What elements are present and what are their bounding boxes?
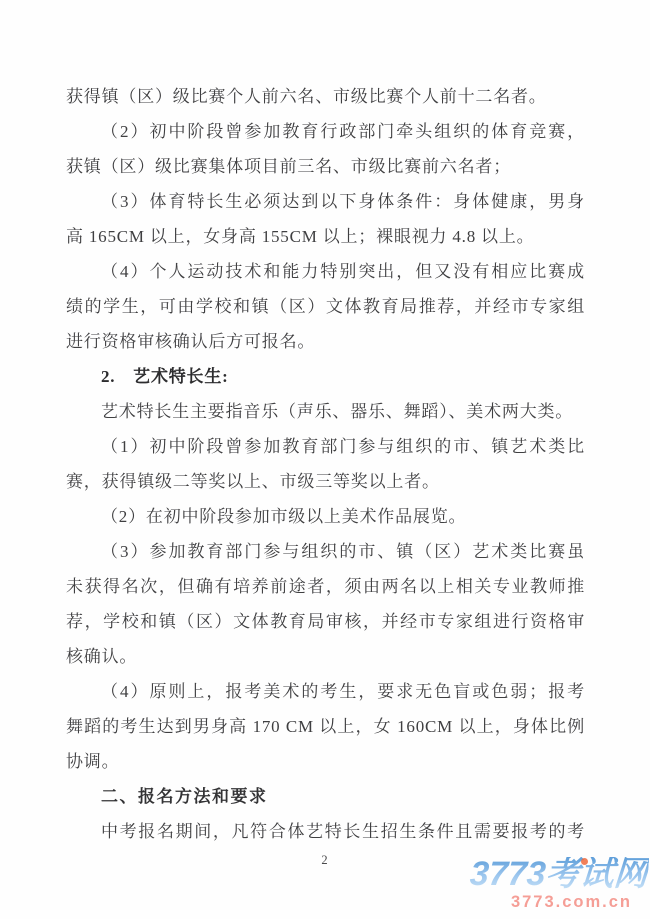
text-line: （2）在初中阶段参加市级以上美术作品展览。 bbox=[66, 499, 585, 534]
paragraph: （4）原则上，报考美术的考生，要求无色盲或色弱；报考舞蹈的考生达到男身高 170… bbox=[66, 674, 585, 779]
text-line: 获得镇（区）级比赛个人前六名、市级比赛个人前十二名者。 bbox=[66, 79, 585, 114]
paragraph: （1）初中阶段曾参加教育部门参与组织的市、镇艺术类比赛，获得镇级二等奖以上、市级… bbox=[66, 429, 585, 499]
text-line: 绩的学生，可由学校和镇（区）文体教育局推荐，并经市专家组 bbox=[66, 289, 585, 324]
paragraph: （4）个人运动技术和能力特别突出，但又没有相应比赛成绩的学生，可由学校和镇（区）… bbox=[66, 254, 585, 359]
text-line: 2. 艺术特长生: bbox=[66, 359, 585, 394]
text-line: 协调。 bbox=[66, 744, 585, 779]
text-layer: 获得镇（区）级比赛个人前六名、市级比赛个人前十二名者。（2）初中阶段曾参加教育行… bbox=[66, 79, 585, 849]
paragraph: （2）初中阶段曾参加教育行政部门牵头组织的体育竞赛，获镇（区）级比赛集体项目前三… bbox=[66, 114, 585, 184]
text-line: （2）初中阶段曾参加教育行政部门牵头组织的体育竞赛， bbox=[66, 114, 585, 149]
text-line: 进行资格审核确认后方可报名。 bbox=[66, 324, 585, 359]
text-line: 二、报名方法和要求 bbox=[66, 779, 585, 814]
section-heading: 二、报名方法和要求 bbox=[66, 779, 585, 814]
text-line: 获镇（区）级比赛集体项目前三名、市级比赛前六名者； bbox=[66, 149, 585, 184]
text-line: （4）原则上，报考美术的考生，要求无色盲或色弱；报考 bbox=[66, 674, 585, 709]
paragraph: 艺术特长生主要指音乐（声乐、器乐、舞蹈）、美术两大类。 bbox=[66, 394, 585, 429]
page-number: 2 bbox=[0, 853, 650, 868]
document-page: 获得镇（区）级比赛个人前六名、市级比赛个人前十二名者。（2）初中阶段曾参加教育行… bbox=[0, 0, 650, 919]
text-line: 中考报名期间，凡符合体艺特长生招生条件且需要报考的考 bbox=[66, 814, 585, 849]
text-line: 高 165CM 以上，女身高 155CM 以上；裸眼视力 4.8 以上。 bbox=[66, 219, 585, 254]
text-line: 未获得名次，但确有培养前途者，须由两名以上相关专业教师推 bbox=[66, 569, 585, 604]
text-line: 赛，获得镇级二等奖以上、市级三等奖以上者。 bbox=[66, 464, 585, 499]
paragraph: 中考报名期间，凡符合体艺特长生招生条件且需要报考的考 bbox=[66, 814, 585, 849]
text-line: （1）初中阶段曾参加教育部门参与组织的市、镇艺术类比 bbox=[66, 429, 585, 464]
section-heading: 2. 艺术特长生: bbox=[66, 359, 585, 394]
paragraph: （2）在初中阶段参加市级以上美术作品展览。 bbox=[66, 499, 585, 534]
paragraph: 获得镇（区）级比赛个人前六名、市级比赛个人前十二名者。 bbox=[66, 79, 585, 114]
text-line: 舞蹈的考生达到男身高 170 CM 以上，女 160CM 以上，身体比例 bbox=[66, 709, 585, 744]
text-line: 艺术特长生主要指音乐（声乐、器乐、舞蹈）、美术两大类。 bbox=[66, 394, 585, 429]
paragraph: （3）参加教育部门参与组织的市、镇（区）艺术类比赛虽未获得名次，但确有培养前途者… bbox=[66, 534, 585, 674]
text-line: （3）体育特长生必须达到以下身体条件：身体健康，男身 bbox=[66, 184, 585, 219]
text-line: 核确认。 bbox=[66, 639, 585, 674]
text-line: （4）个人运动技术和能力特别突出，但又没有相应比赛成 bbox=[66, 254, 585, 289]
text-line: 荐，学校和镇（区）文体教育局审核，并经市专家组进行资格审 bbox=[66, 604, 585, 639]
text-line: （3）参加教育部门参与组织的市、镇（区）艺术类比赛虽 bbox=[66, 534, 585, 569]
watermark-url: 3773.com.cn bbox=[423, 894, 632, 911]
paragraph: （3）体育特长生必须达到以下身体条件：身体健康，男身高 165CM 以上，女身高… bbox=[66, 184, 585, 254]
